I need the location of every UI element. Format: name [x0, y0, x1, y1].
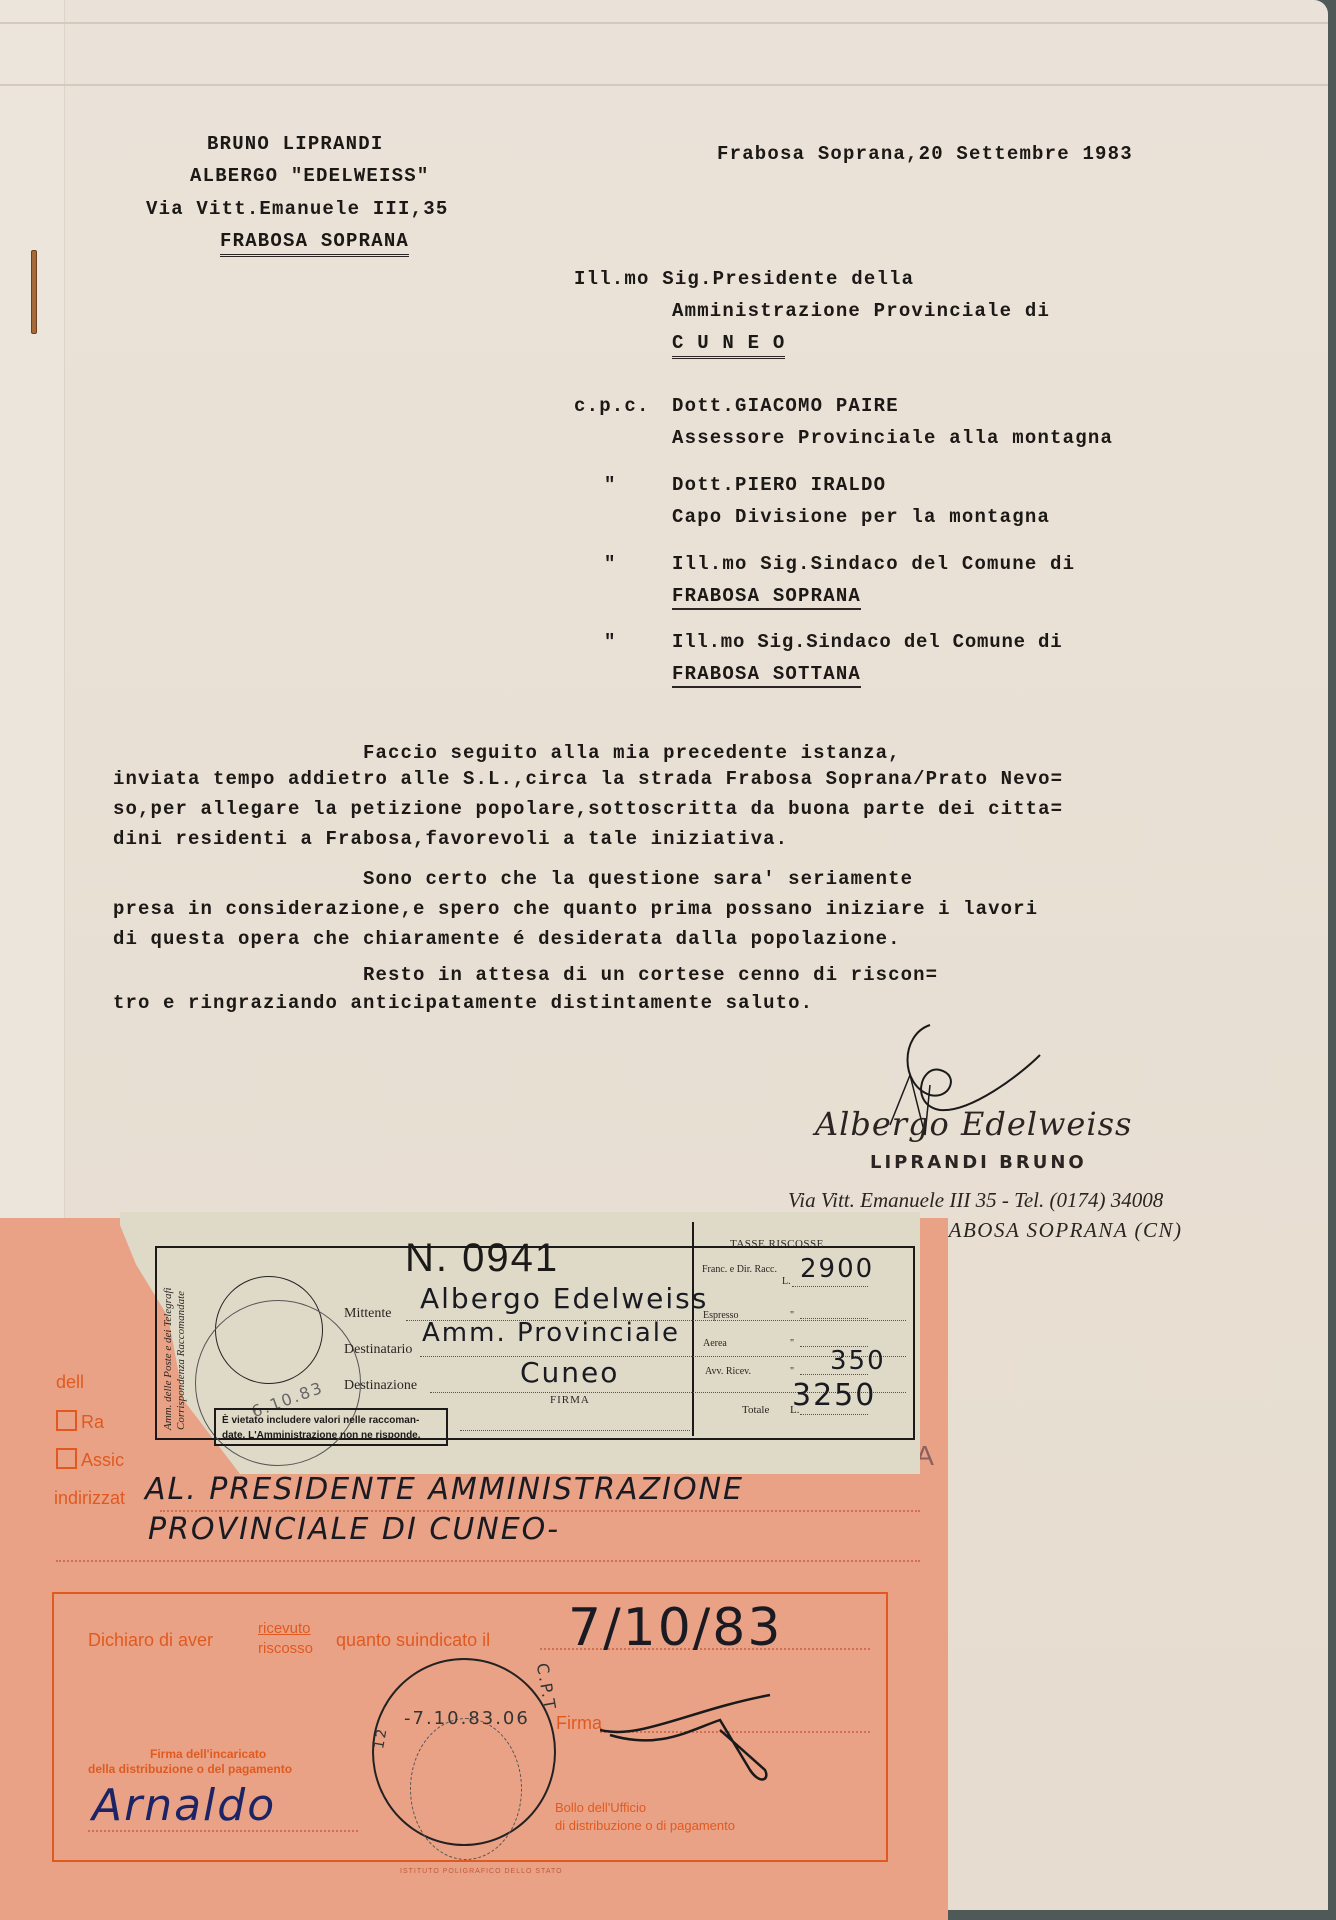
operator-label: Firma dell'incaricato — [150, 1747, 266, 1761]
staple-icon — [31, 250, 37, 334]
date-handwritten: 7/10/83 — [568, 1598, 782, 1658]
warning-box: È vietato includere valori nelle raccoma… — [214, 1408, 448, 1446]
mittente-value: Albergo Edelweiss — [420, 1282, 708, 1315]
destinatario-value: Amm. Provinciale — [422, 1318, 680, 1348]
dotted-line — [56, 1560, 920, 1562]
tax-label: Franc. e Dir. Racc. — [702, 1264, 762, 1275]
dotted-line — [800, 1318, 868, 1319]
tax-prefix: " — [790, 1310, 794, 1321]
receipt-checkbox-raccomandata[interactable]: Ra — [56, 1410, 104, 1433]
body-line: tro e ringraziando anticipatamente disti… — [113, 994, 813, 1013]
tax-prefix: " — [790, 1366, 794, 1377]
total-value: 3250 — [792, 1378, 876, 1413]
stub-divider — [692, 1222, 694, 1436]
firma-label: FIRMA — [550, 1394, 590, 1406]
dotted-line — [460, 1430, 690, 1431]
body-line: Resto in attesa di un cortese cenno di r… — [113, 966, 938, 985]
cc-line: Dott.GIACOMO PAIRE — [672, 397, 899, 416]
cc-marker: c.p.c. — [574, 397, 650, 416]
receipt-checkbox-assicurata[interactable]: Assic — [56, 1448, 124, 1471]
tax-value: 2900 — [800, 1254, 874, 1284]
place-date: Frabosa Soprana,20 Settembre 1983 — [717, 145, 1133, 164]
taxes-title: TASSE RISCOSSE — [730, 1238, 824, 1250]
letterhead-stamp-address: Via Vitt. Emanuele III 35 - Tel. (0174) … — [788, 1188, 1163, 1213]
cc-marker: " — [604, 476, 617, 495]
sender-hotel: ALBERGO "EDELWEISS" — [190, 167, 429, 186]
cc-marker: " — [604, 633, 617, 652]
cc-line: Dott.PIERO IRALDO — [672, 476, 886, 495]
checkbox-icon[interactable] — [56, 1448, 77, 1469]
letterhead-stamp-name: Albergo Edelweiss — [815, 1105, 1132, 1143]
body-line: di questa opera che chiaramente é deside… — [113, 930, 901, 949]
dotted-line — [800, 1414, 868, 1415]
recipient-office: Amministrazione Provinciale di — [672, 302, 1050, 321]
recipient-city: C U N E O — [672, 334, 785, 359]
signature-label: Firma — [556, 1713, 602, 1734]
tax-label: Avv. Ricev. — [705, 1366, 751, 1377]
operator-label: della distribuzione o del pagamento — [88, 1762, 292, 1776]
dotted-line — [88, 1830, 358, 1832]
dotted-line — [792, 1286, 868, 1287]
tax-prefix: L. — [782, 1276, 791, 1287]
body-line: dini residenti a Frabosa,favorevoli a ta… — [113, 830, 788, 849]
tax-label: Aerea — [703, 1338, 727, 1349]
stub-vertical-header: Amm. delle Poste e dei Telegrafi Corrisp… — [162, 1287, 188, 1430]
option-received: ricevuto — [258, 1620, 311, 1637]
office-stamp-label: Bollo dell'Ufficio — [555, 1800, 646, 1815]
receipt-partial-label: dell — [56, 1372, 84, 1393]
cc-line: Ill.mo Sig.Sindaco del Comune di — [672, 555, 1075, 574]
declaration-suffix: quanto suindicato il — [336, 1630, 490, 1651]
operator-signature: Arnaldo — [92, 1780, 276, 1831]
recipient-salutation: Ill.mo Sig.Presidente della — [574, 270, 914, 289]
addressed-label: indirizzat — [54, 1488, 125, 1509]
page-crease — [0, 84, 1328, 86]
cc-line: Ill.mo Sig.Sindaco del Comune di — [672, 633, 1062, 652]
page-crease — [0, 22, 1328, 24]
recipient-signature-icon — [600, 1690, 780, 1790]
postmark-date: -7.10.83.06 — [404, 1708, 530, 1729]
destinazione-value: Cuneo — [520, 1356, 619, 1389]
destinatario-label: Destinatario — [344, 1342, 412, 1358]
body-line: presa in considerazione,e spero che quan… — [113, 900, 1038, 919]
printer-credit: ISTITUTO POLIGRAFICO DELLO STATO — [400, 1868, 563, 1875]
sender-name: BRUNO LIPRANDI — [207, 135, 383, 154]
declaration-label: Dichiaro di aver — [88, 1630, 213, 1651]
checkbox-icon[interactable] — [56, 1410, 77, 1431]
body-line: Faccio seguito alla mia precedente istan… — [113, 744, 901, 763]
option-collected: riscosso — [258, 1640, 313, 1657]
tax-label: Espresso — [703, 1310, 739, 1321]
addressee-handwritten: AL. PRESIDENTE AMMINISTRAZIONE — [145, 1472, 744, 1507]
cc-line: Assessore Provinciale alla montagna — [672, 429, 1113, 448]
cc-line: FRABOSA SOTTANA — [672, 665, 861, 688]
postmark-dashed-circle — [410, 1718, 522, 1860]
stub-number: N. 0941 — [405, 1236, 559, 1281]
total-label: Totale — [742, 1404, 769, 1416]
tax-value: 350 — [830, 1346, 886, 1376]
sender-city: FRABOSA SOPRANA — [220, 232, 409, 257]
body-line: so,per allegare la petizione popolare,so… — [113, 800, 1063, 819]
tax-prefix: " — [790, 1338, 794, 1349]
letterhead-stamp-owner: LIPRANDI BRUNO — [870, 1152, 1087, 1173]
body-line: Sono certo che la questione sara' seriam… — [113, 870, 913, 889]
destinazione-label: Destinazione — [344, 1378, 417, 1394]
sender-address: Via Vitt.Emanuele III,35 — [146, 200, 448, 219]
cc-line: FRABOSA SOPRANA — [672, 587, 861, 610]
office-stamp-label: di distribuzione o di pagamento — [555, 1818, 735, 1833]
cc-marker: " — [604, 555, 617, 574]
body-line: inviata tempo addietro alle S.L.,circa l… — [113, 770, 1063, 789]
mittente-label: Mittente — [344, 1306, 391, 1322]
addressee-handwritten: PROVINCIALE DI CUNEO- — [148, 1512, 560, 1547]
cc-line: Capo Divisione per la montagna — [672, 508, 1050, 527]
letterhead-stamp-city: FRABOSA SOPRANA (CN) — [920, 1218, 1183, 1243]
